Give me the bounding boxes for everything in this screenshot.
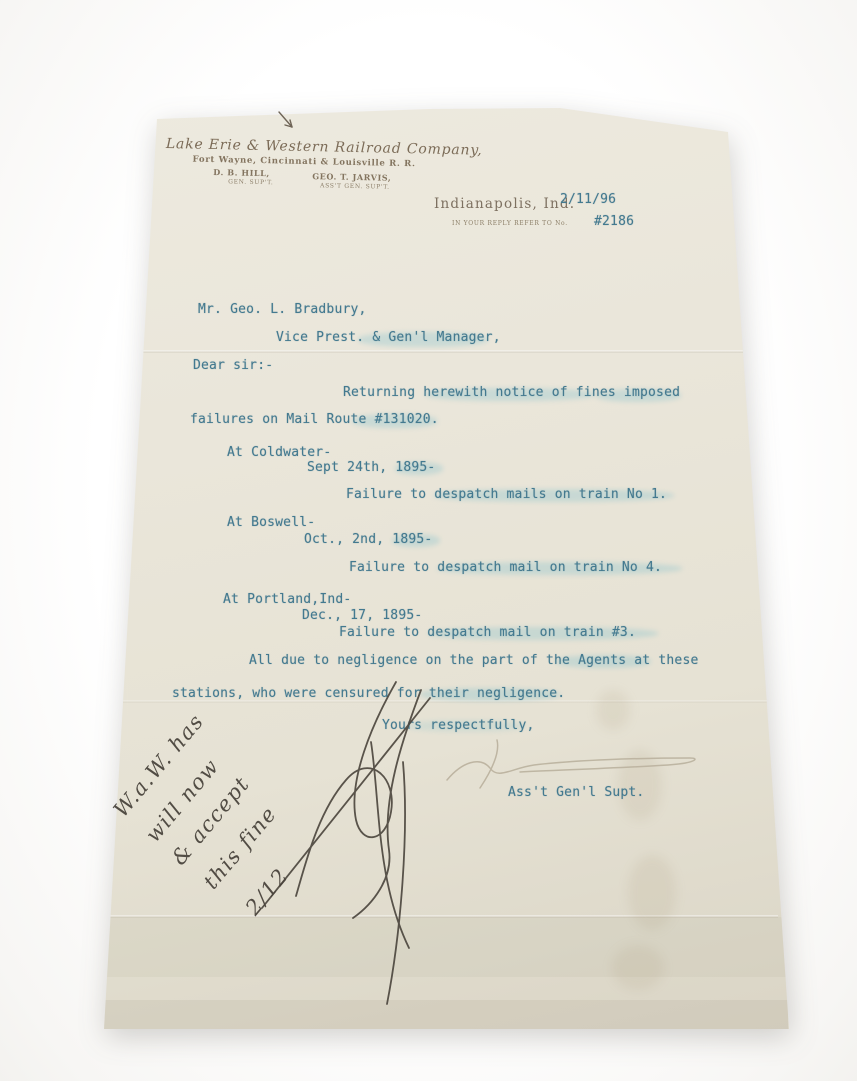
body-line: Returning herewith notice of fines impos… (343, 386, 680, 400)
bleed-through-mark (628, 855, 676, 930)
body-line: Failure to despatch mail on train #3. (339, 626, 636, 640)
letterhead: Lake Erie & Western Railroad Company, Fo… (3, 0, 857, 15)
body-line: Failure to despatch mail on train No 4. (349, 561, 662, 575)
body-line: All due to negligence on the part of the… (249, 654, 699, 668)
letterhead-right-title: ASS'T GEN. SUP'T. (320, 182, 390, 190)
dateline-date: 2/11/96 (560, 193, 616, 207)
letterhead-left-name: D. B. HILL, (213, 167, 270, 178)
body-line: At Portland,Ind- (223, 593, 351, 607)
body-line: Oct., 2nd, 1895- (304, 533, 432, 547)
salutation: Dear sir:- (193, 359, 273, 373)
recipient-name: Mr. Geo. L. Bradbury, (198, 303, 367, 317)
letterhead-left-title: GEN. SUP'T. (228, 178, 274, 186)
pencil-arrow-mark (279, 112, 292, 127)
letterhead-right-name: GEO. T. JARVIS, (312, 171, 391, 183)
body-line: stations, who were censured for their ne… (172, 687, 565, 701)
bleed-through-mark (596, 690, 630, 730)
body-line: At Coldwater- (227, 446, 331, 460)
recipient-title: Vice Prest. & Gen'l Manager, (276, 331, 501, 345)
body-line: failures on Mail Route #131020. (190, 413, 439, 427)
valediction: Yours respectfully, (382, 719, 535, 733)
body-line: At Boswell- (227, 516, 315, 530)
body-line: Failure to despatch mails on train No 1. (346, 488, 667, 502)
reply-note: IN YOUR REPLY REFER TO No. (452, 220, 568, 227)
body-line: Dec., 17, 1895- (302, 609, 422, 623)
signer-title: Ass't Gen'l Supt. (508, 786, 644, 800)
bleed-through-mark (612, 945, 664, 990)
file-number: #2186 (594, 215, 634, 229)
body-line: Sept 24th, 1895- (307, 461, 435, 475)
handwritten-note-date: 2/12 (241, 864, 294, 920)
letter-content: Lake Erie & Western Railroad Company, Fo… (0, 0, 857, 1081)
dateline-place: Indianapolis, Ind. (434, 196, 575, 212)
